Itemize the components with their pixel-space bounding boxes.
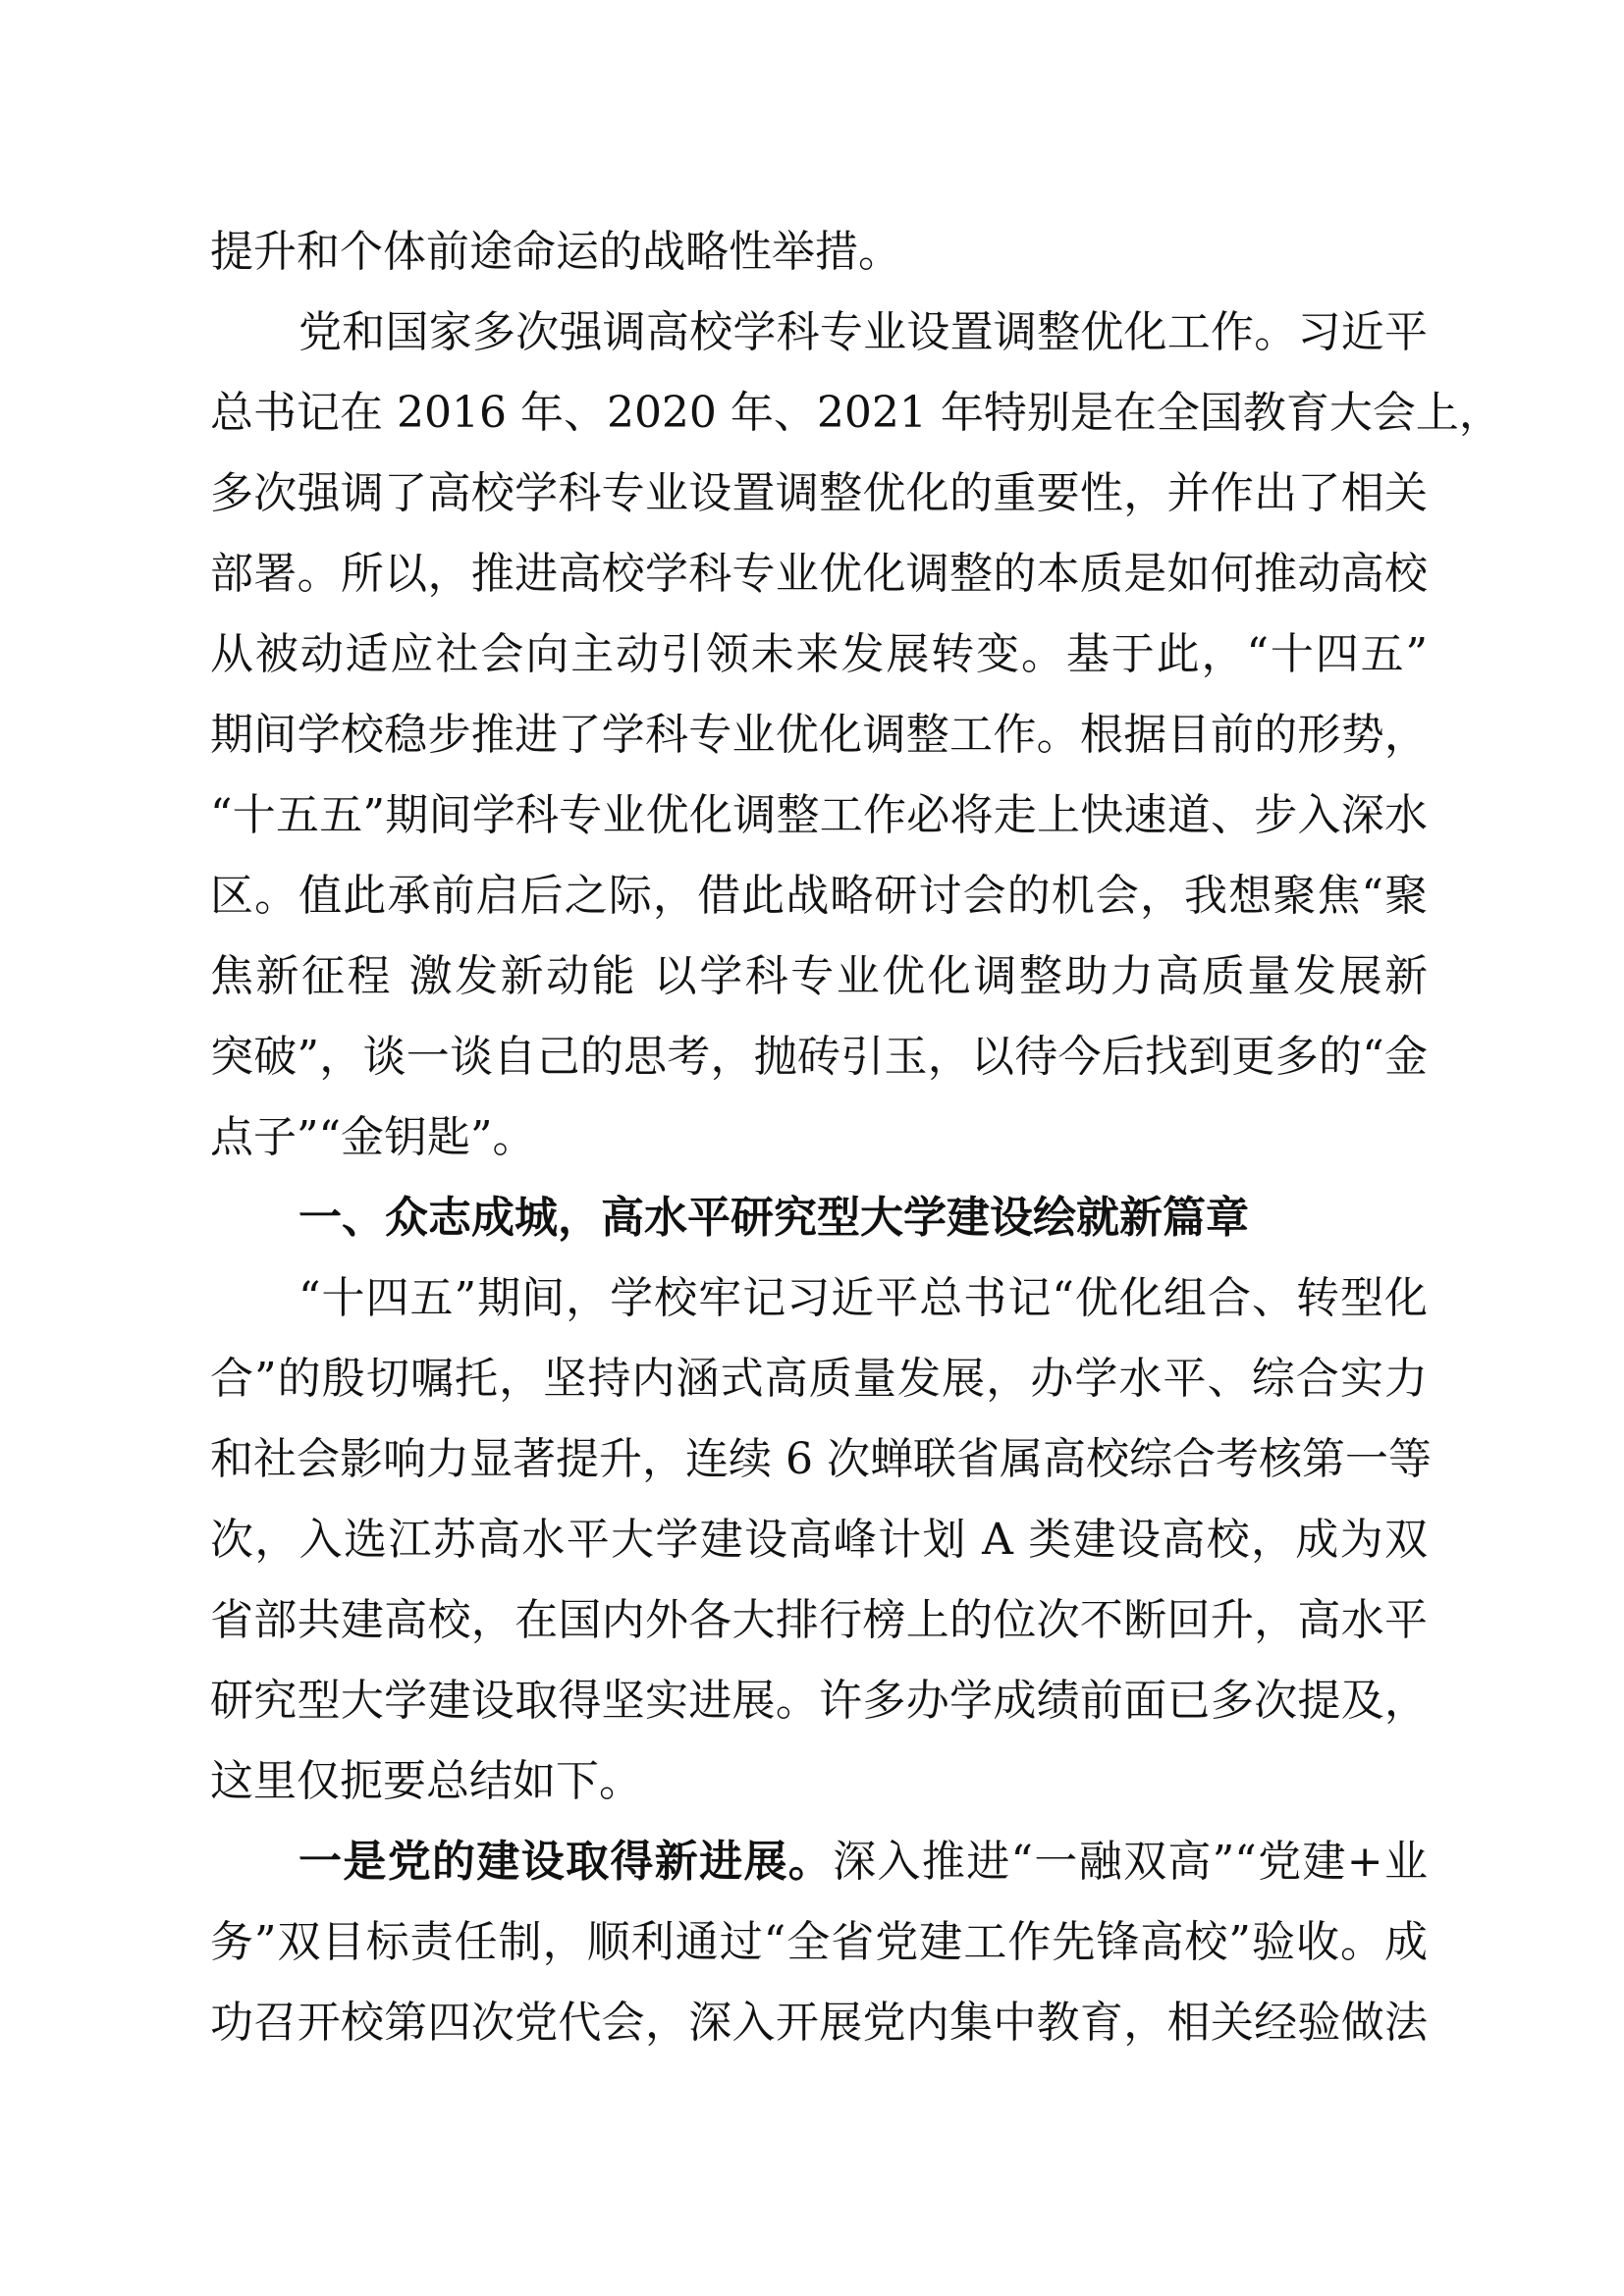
paragraph-line: 焦新征程 激发新动能 以学科专业优化调整助力高质量发展新: [210, 942, 1428, 1023]
paragraph-line: 合”的殷切嘱托，坚持内涵式高质量发展，办学水平、综合实力: [210, 1345, 1428, 1425]
paragraph-text: 深入推进“一融双高”“党建+业: [833, 1837, 1428, 1887]
paragraph-line: 点子”“金钥匙”。: [210, 1103, 1428, 1184]
paragraph-line: “十五五”期间学科专业优化调整工作必将走上快速道、步入深水: [210, 781, 1428, 862]
paragraph-line: 从被动适应社会向主动引领未来发展转变。基于此，“十四五”: [210, 620, 1428, 701]
paragraph-line: 党和国家多次强调高校学科专业设置调整优化工作。习近平: [210, 298, 1428, 379]
paragraph-line: 研究型大学建设取得坚实进展。许多办学成绩前面已多次提及，: [210, 1667, 1428, 1747]
paragraph-line: “十四五”期间，学校牢记习近平总书记“优化组合、转型化: [210, 1264, 1428, 1345]
paragraph-line: 这里仅扼要总结如下。: [210, 1747, 1428, 1828]
paragraph-line: 突破”，谈一谈自己的思考，抛砖引玉，以待今后找到更多的“金: [210, 1023, 1428, 1103]
paragraph-line: 多次强调了高校学科专业设置调整优化的重要性，并作出了相关: [210, 459, 1428, 540]
paragraph-line: 功召开校第四次党代会，深入开展党内集中教育，相关经验做法: [210, 1989, 1428, 2069]
bold-lead-text: 一是党的建设取得新进展。: [298, 1837, 833, 1887]
section-heading: 一、众志成城，高水平研究型大学建设绘就新篇章: [210, 1184, 1428, 1264]
paragraph-line: 一是党的建设取得新进展。深入推进“一融双高”“党建+业: [210, 1828, 1428, 1908]
paragraph-line: 次，入选江苏高水平大学建设高峰计划 A 类建设高校，成为双: [210, 1506, 1428, 1586]
paragraph-line: 务”双目标责任制，顺利通过“全省党建工作先锋高校”验收。成: [210, 1908, 1428, 1989]
paragraph-line: 省部共建高校，在国内外各大排行榜上的位次不断回升，高水平: [210, 1586, 1428, 1667]
paragraph-line: 部署。所以，推进高校学科专业优化调整的本质是如何推动高校: [210, 540, 1428, 620]
paragraph-line: 区。值此承前启后之际，借此战略研讨会的机会，我想聚焦“聚: [210, 862, 1428, 942]
paragraph-line: 期间学校稳步推进了学科专业优化调整工作。根据目前的形势，: [210, 701, 1428, 781]
paragraph-line: 和社会影响力显著提升，连续 6 次蝉联省属高校综合考核第一等: [210, 1425, 1428, 1506]
paragraph-line: 总书记在 2016 年、2020 年、2021 年特别是在全国教育大会上，: [210, 379, 1428, 459]
paragraph-line: 提升和个体前途命运的战略性举措。: [210, 218, 1428, 298]
document-page: 提升和个体前途命运的战略性举措。 党和国家多次强调高校学科专业设置调整优化工作。…: [210, 218, 1428, 2069]
